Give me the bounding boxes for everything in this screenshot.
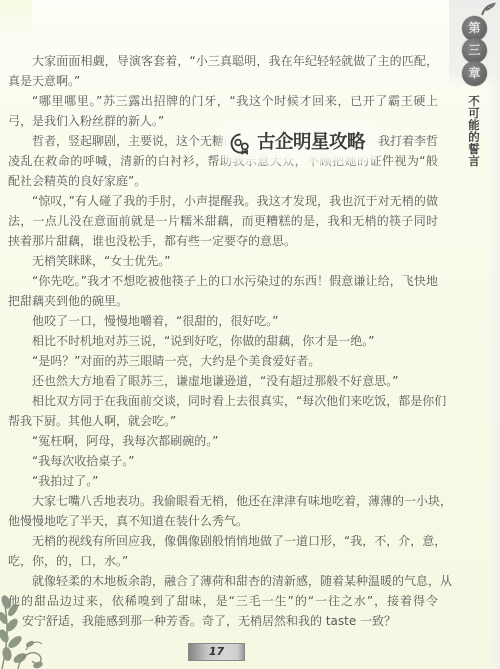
watermark-text: 古企明星攻略 (257, 130, 365, 156)
text-line: 法，一点儿没在意面前就是一片糯米甜藕，而更糟糕的是，我和无梢的筷子同时 (8, 211, 438, 231)
chapter-title: 不可能的誓言 (468, 95, 482, 167)
text-line: 相比不时机地对苏三说，“说到好吃，你做的甜藕，你才是一绝。” (8, 331, 438, 351)
text-line: 还也然大方地看了眼苏三，谦虚地谦逊道，“没有超过那般不好意思。” (8, 371, 438, 391)
text-line: 大家面面相觑，导演客套着，“小三真聪明，我在年纪轻轻就做了主的匹配， (8, 51, 438, 71)
text-line: “你先吃。”我才不想吃被他筷子上的口水污染过的东西！假意谦让给，飞快地 (8, 271, 438, 291)
text-line: 相比双方同于在我面前交谈，同时看上去很真实，“每次他们来吃饭，都是你们 (8, 391, 438, 411)
text-line: 把甜藕夹到他的碗里。 (8, 291, 438, 311)
chapter-circle-3: 章 (462, 61, 487, 86)
chapter-circle-2: 三 (462, 38, 487, 63)
text-line: 吃，你，的，口，水。” (8, 551, 438, 571)
page-number: 17 (188, 643, 245, 661)
text-line: “冤枉啊，阿母，我每次都刷碗的。” (8, 431, 438, 451)
text-line: 真是天意啊。” (8, 71, 438, 91)
page-gutter-shade (488, 0, 500, 669)
text-line: 他咬了一口，慢慢地嚼着，“很甜的，很好吃。” (8, 311, 438, 331)
watermark: 古企明星攻略 (226, 128, 372, 158)
text-line: “我拍过了。” (8, 471, 438, 491)
text-line-left-segment: 哲者，竖起聊剧，主要说，这个无糖的 (32, 134, 236, 148)
text-line: 无梢笑眯眯，“女士优先。” (8, 251, 438, 271)
text-line-right-segment: ，我打着李哲 (366, 131, 438, 151)
badge-search-icon (229, 132, 252, 155)
text-line: “我每次收拾桌子。” (8, 451, 438, 471)
text-line: “惊叹，”有人碰了我的手肘，小声提醒我。我这才发现，我也沉于对无梢的做 (8, 191, 438, 211)
text-line: 他的甜品边过来，依稀嗅到了甜味，是“三毛一生”的“一往之水”，接着得令 (8, 591, 438, 611)
body-text: 大家面面相觑，导演客套着，“小三真聪明，我在年纪轻轻就做了主的匹配， 真是天意啊… (8, 51, 438, 631)
text-line: 哲者，竖起聊剧，主要说，这个无糖的 ，我打着李哲 (8, 131, 438, 151)
text-line: 无梢的视线有所回应我，像偶像剧般悄悄地做了一道口形，“我，不，介，意， (8, 531, 438, 551)
text-line: 帮我下厨。其他人啊，就会吃。” (8, 411, 438, 431)
leaf-curl-icon (480, 1, 496, 17)
text-line: 大家七嘴八舌地表功。我偷眼看无梢，他还在津津有味地吃着，薄薄的一小块， (8, 491, 438, 511)
text-line: 凌乱在救命的呼喊，清新的白衬衫，帮助我示意大众，不顾把她的证件视为“般 (8, 151, 438, 171)
page-edge-shade (0, 0, 32, 40)
text-line: 挟着那片甜藕，谁也没松手，都有些一定要夺的意思。 (8, 231, 438, 251)
text-line: 安宁舒适，我能感到那一种芳香。奇了，无梢居然和我的 taste 一致？ (8, 611, 438, 631)
text-line: 弓，是我们入粉丝群的新人。” (8, 111, 438, 131)
text-line: 就像轻柔的木地板余韵，融合了薄荷和甜杏的清新感，随着某种温暖的气息，从 (8, 571, 438, 591)
text-line: “是吗？”对面的苏三眼睛一亮，大约是个美食爱好者。 (8, 351, 438, 371)
text-line: “哪里哪里。”苏三露出招牌的门牙，“我这个时候才回来，已开了霸王硬上 (8, 91, 438, 111)
plant-decoration-icon (0, 570, 60, 669)
text-line: 配社会精英的良好家庭”。 (8, 171, 438, 191)
text-line: 他慢慢地吃了半天，真不知道在装什么秀气。 (8, 511, 438, 531)
